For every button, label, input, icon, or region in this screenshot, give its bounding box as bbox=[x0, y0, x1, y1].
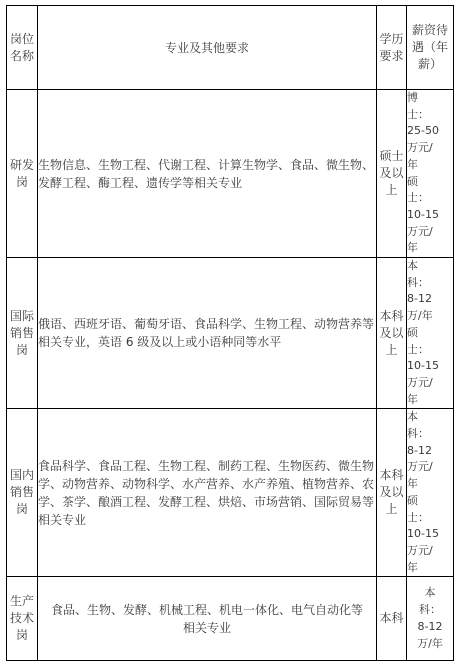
header-salary: 薪资待遇（年薪） bbox=[407, 6, 454, 90]
salary-line: 硕 bbox=[407, 174, 453, 191]
table-row: 生产技术岗 食品、生物、发酵、机械工程、机电一体化、电气自动化等相关专业 本科 … bbox=[7, 577, 454, 661]
cell-position: 国际销售岗 bbox=[7, 258, 38, 409]
cell-requirements: 食品科学、食品工程、生物工程、制药工程、生物医药、微生物学、动物营养、动物科学、… bbox=[38, 409, 377, 577]
salary-line: 士： bbox=[407, 342, 453, 359]
cell-position: 国内销售岗 bbox=[7, 409, 38, 577]
salary-line: 年 bbox=[407, 560, 453, 577]
salary-line: 万/年 bbox=[407, 308, 453, 325]
header-requirements: 专业及其他要求 bbox=[38, 6, 377, 90]
salary-line: 万元/ bbox=[407, 224, 453, 241]
salary-line: 10-15 bbox=[407, 358, 453, 375]
salary-line: 士： bbox=[407, 107, 453, 124]
cell-salary: 本 科： 8-12 万元/ 年 硕 士： 10-15 万元/ 年 bbox=[407, 409, 454, 577]
salary-line: 本 bbox=[407, 409, 453, 426]
cell-education: 本科 bbox=[377, 577, 407, 661]
salary-line: 科： bbox=[407, 275, 453, 292]
salary-line: 年 bbox=[407, 157, 453, 174]
salary-line: 万元/ bbox=[407, 543, 453, 560]
cell-education: 本科及以上 bbox=[377, 258, 407, 409]
salary-line: 8-12 bbox=[407, 291, 453, 308]
recruitment-table: 岗位名称 专业及其他要求 学历要求 薪资待遇（年薪） 研发岗 生物信息、生物工程… bbox=[6, 5, 454, 661]
salary-line: 8-12 bbox=[407, 443, 453, 460]
salary-line: 博 bbox=[407, 90, 453, 107]
table-header-row: 岗位名称 专业及其他要求 学历要求 薪资待遇（年薪） bbox=[7, 6, 454, 90]
salary-line: 硕 bbox=[407, 325, 453, 342]
salary-line: 本 bbox=[407, 258, 453, 275]
salary-line: 士： bbox=[407, 190, 453, 207]
cell-salary: 博 士： 25-50 万元/ 年 硕 士： 10-15 万元/ 年 bbox=[407, 90, 454, 258]
salary-line: 士： bbox=[407, 510, 453, 527]
cell-requirements: 生物信息、生物工程、代谢工程、计算生物学、食品、微生物、发酵工程、酶工程、遗传学… bbox=[38, 90, 377, 258]
cell-education: 硕士及以上 bbox=[377, 90, 407, 258]
table-row: 国际销售岗 俄语、西班牙语、葡萄牙语、食品科学、生物工程、动物营养等相关专业，英… bbox=[7, 258, 454, 409]
salary-line: 科： bbox=[407, 602, 453, 619]
salary-line: 年 bbox=[407, 392, 453, 409]
salary-line: 万元/ bbox=[407, 459, 453, 476]
table-row: 研发岗 生物信息、生物工程、代谢工程、计算生物学、食品、微生物、发酵工程、酶工程… bbox=[7, 90, 454, 258]
cell-salary: 本 科： 8-12 万/年 bbox=[407, 577, 454, 661]
cell-requirements: 俄语、西班牙语、葡萄牙语、食品科学、生物工程、动物营养等相关专业，英语 6 级及… bbox=[38, 258, 377, 409]
header-position: 岗位名称 bbox=[7, 6, 38, 90]
salary-line: 10-15 bbox=[407, 526, 453, 543]
salary-line: 年 bbox=[407, 240, 453, 257]
cell-position: 研发岗 bbox=[7, 90, 38, 258]
cell-salary: 本 科： 8-12 万/年 硕 士： 10-15 万元/ 年 bbox=[407, 258, 454, 409]
salary-line: 科： bbox=[407, 426, 453, 443]
salary-line: 本 bbox=[407, 585, 453, 602]
salary-line: 年 bbox=[407, 476, 453, 493]
salary-line: 万元/ bbox=[407, 140, 453, 157]
table-row: 国内销售岗 食品科学、食品工程、生物工程、制药工程、生物医药、微生物学、动物营养… bbox=[7, 409, 454, 577]
cell-education: 本科及以上 bbox=[377, 409, 407, 577]
cell-requirements: 食品、生物、发酵、机械工程、机电一体化、电气自动化等相关专业 bbox=[38, 577, 377, 661]
header-education: 学历要求 bbox=[377, 6, 407, 90]
salary-line: 万元/ bbox=[407, 375, 453, 392]
cell-position: 生产技术岗 bbox=[7, 577, 38, 661]
salary-line: 万/年 bbox=[407, 636, 453, 653]
salary-line: 8-12 bbox=[407, 619, 453, 636]
salary-line: 硕 bbox=[407, 493, 453, 510]
salary-line: 25-50 bbox=[407, 123, 453, 140]
salary-line: 10-15 bbox=[407, 207, 453, 224]
